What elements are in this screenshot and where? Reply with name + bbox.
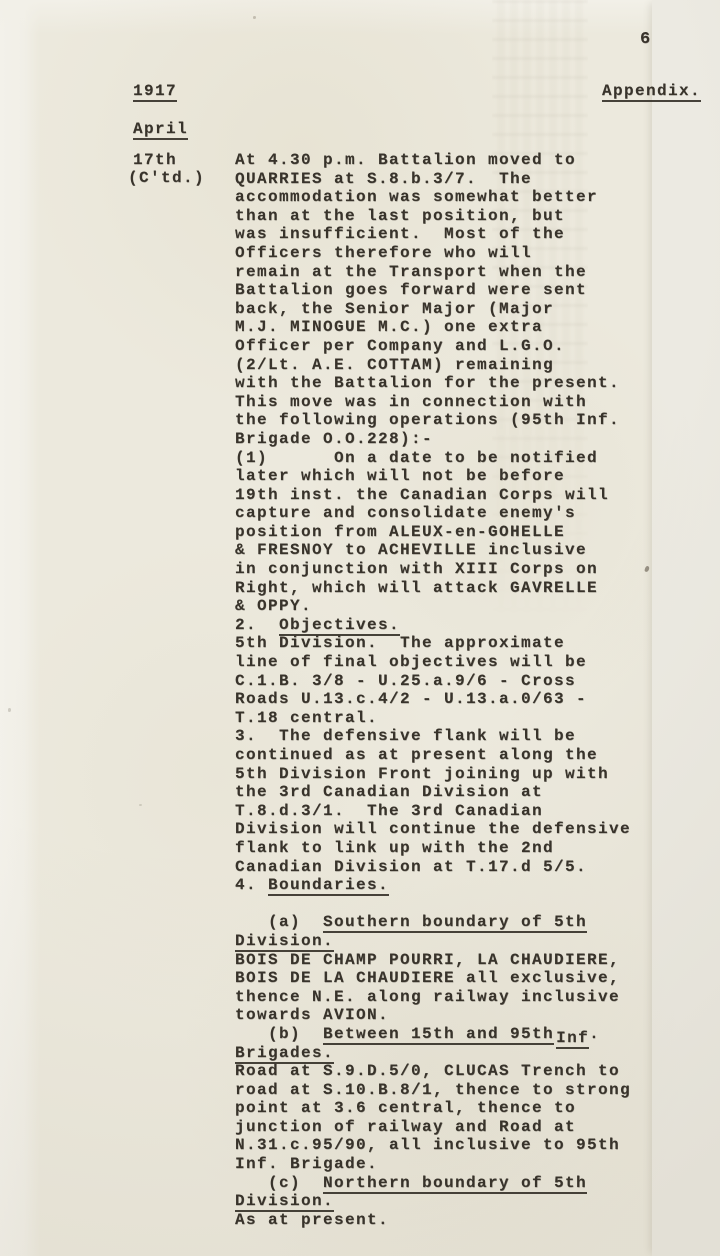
text-segment: with the Battalion for the present. [235, 374, 620, 392]
text-line: flank to link up with the 2nd [235, 839, 631, 858]
text-segment: Roads U.13.c.4/2 - U.13.a.0/63 - [235, 690, 587, 708]
text-segment: QUARRIES at S.8.b.3/7. The [235, 170, 532, 188]
text-line: As at present. [235, 1211, 631, 1230]
text-segment: T.18 central. [235, 709, 378, 727]
text-line: & FRESNOY to ACHEVILLE inclusive [235, 541, 631, 560]
text-line: continued as at present along the [235, 746, 631, 765]
text-segment: (c) [235, 1174, 323, 1192]
text-line [235, 895, 631, 914]
text-line: Brigade O.O.228):- [235, 430, 631, 449]
text-line: At 4.30 p.m. Battalion moved to [235, 151, 631, 170]
text-line: T.18 central. [235, 709, 631, 728]
underlined-text: Boundaries. [268, 876, 389, 896]
text-line: junction of railway and Road at [235, 1118, 631, 1137]
text-segment: continued as at present along the [235, 746, 598, 764]
text-line: (1) On a date to be notified [235, 449, 631, 468]
text-line: (a) Southern boundary of 5th [235, 913, 631, 932]
text-line: Officers therefore who will [235, 244, 631, 263]
text-segment: the 3rd Canadian Division at [235, 783, 543, 801]
text-segment: (a) [235, 913, 323, 931]
text-line: N.31.c.95/90, all inclusive to 95th [235, 1136, 631, 1155]
text-segment: 5th Division. The approximate [235, 634, 565, 652]
text-line: with the Battalion for the present. [235, 374, 631, 393]
text-line: (c) Northern boundary of 5th [235, 1174, 631, 1193]
body-lines: At 4.30 p.m. Battalion moved toQUARRIES … [235, 151, 631, 1229]
diary-margin-date-continued: (C'td.) [128, 169, 205, 188]
text-segment: later which will not be before [235, 467, 565, 485]
scan-page: 6 1917 Appendix. April 17th (C'td.) At 4… [0, 0, 720, 1256]
text-segment: capture and consolidate enemy's [235, 504, 576, 522]
text-segment: was insufficient. Most of the [235, 225, 565, 243]
text-line: position from ALEUX-en-GOHELLE [235, 523, 631, 542]
text-line: Road at S.9.D.5/0, CLUCAS Trench to [235, 1062, 631, 1081]
text-segment: 3. The defensive flank will be [235, 727, 576, 745]
text-line: towards AVION. [235, 1006, 631, 1025]
text-line: (b) Between 15th and 95thInf. [235, 1025, 631, 1044]
text-line: line of final objectives will be [235, 653, 631, 672]
text-segment: M.J. MINOGUE M.C.) one extra [235, 318, 543, 336]
text-segment: (2/Lt. A.E. COTTAM) remaining [235, 356, 554, 374]
underlined-text: Between 15th and 95th [323, 1025, 554, 1045]
text-segment: 4. [235, 876, 268, 894]
ink-speck [139, 804, 142, 806]
text-segment: the following operations (95th Inf. [235, 411, 620, 429]
text-segment: BOIS DE LA CHAUDIERE all exclusive, [235, 969, 620, 987]
text-segment: remain at the Transport when the [235, 263, 587, 281]
text-segment: than at the last position, but [235, 207, 565, 225]
text-segment: position from ALEUX-en-GOHELLE [235, 523, 565, 541]
text-line: This move was in connection with [235, 393, 631, 412]
ink-speck [644, 566, 650, 573]
text-line: BOIS DE CHAMP POURRI, LA CHAUDIERE, [235, 951, 631, 970]
text-line: Officer per Company and L.G.O. [235, 337, 631, 356]
text-segment: & FRESNOY to ACHEVILLE inclusive [235, 541, 587, 559]
text-line: thence N.E. along railway inclusive [235, 988, 631, 1007]
text-segment: . [589, 1025, 600, 1043]
text-line: & OPPY. [235, 597, 631, 616]
text-segment: BOIS DE CHAMP POURRI, LA CHAUDIERE, [235, 951, 620, 969]
text-segment: thence N.E. along railway inclusive [235, 988, 620, 1006]
text-segment: 5th Division Front joining up with [235, 765, 609, 783]
underlined-text: Division. [235, 932, 334, 952]
underlined-text: Division. [235, 1192, 334, 1212]
text-line: 2. Objectives. [235, 616, 631, 635]
text-line: back, the Senior Major (Major [235, 300, 631, 319]
text-line: accommodation was somewhat better [235, 188, 631, 207]
text-line: BOIS DE LA CHAUDIERE all exclusive, [235, 969, 631, 988]
year-heading: 1917 [133, 82, 177, 101]
text-line: remain at the Transport when the [235, 263, 631, 282]
text-line: QUARRIES at S.8.b.3/7. The [235, 170, 631, 189]
text-segment: 2. [235, 616, 279, 634]
text-segment: Road at S.9.D.5/0, CLUCAS Trench to [235, 1062, 620, 1080]
text-line: 5th Division. The approximate [235, 634, 631, 653]
underlined-text: Southern boundary of 5th [323, 913, 587, 933]
text-line: Right, which will attack GAVRELLE [235, 579, 631, 598]
text-line: (2/Lt. A.E. COTTAM) remaining [235, 356, 631, 375]
text-line: Division. [235, 1192, 631, 1211]
scan-right-seam [652, 0, 720, 1256]
text-line: Roads U.13.c.4/2 - U.13.a.0/63 - [235, 690, 631, 709]
text-line: than at the last position, but [235, 207, 631, 226]
text-line: the following operations (95th Inf. [235, 411, 631, 430]
text-line: 5th Division Front joining up with [235, 765, 631, 784]
text-line: Battalion goes forward were sent [235, 281, 631, 300]
text-segment: Officer per Company and L.G.O. [235, 337, 565, 355]
text-segment: Division will continue the defensive [235, 820, 631, 838]
text-line: 19th inst. the Canadian Corps will [235, 486, 631, 505]
text-segment: This move was in connection with [235, 393, 587, 411]
text-line: M.J. MINOGUE M.C.) one extra [235, 318, 631, 337]
text-segment: towards AVION. [235, 1006, 389, 1024]
appendix-text: Appendix. [602, 82, 701, 102]
month-heading: April [133, 120, 188, 139]
underlined-text: Inf [556, 1029, 589, 1049]
scan-top-edge [0, 0, 720, 34]
text-segment: (1) On a date to be notified [235, 449, 598, 467]
text-segment: junction of railway and Road at [235, 1118, 576, 1136]
underlined-text: Northern boundary of 5th [323, 1174, 587, 1194]
text-line: capture and consolidate enemy's [235, 504, 631, 523]
diary-margin-date: 17th [133, 151, 177, 170]
text-segment: Battalion goes forward were sent [235, 281, 587, 299]
text-segment: accommodation was somewhat better [235, 188, 598, 206]
text-line: C.1.B. 3/8 - U.25.a.9/6 - Cross [235, 672, 631, 691]
text-line: 3. The defensive flank will be [235, 727, 631, 746]
text-segment: Inf. Brigade. [235, 1155, 378, 1173]
text-segment: back, the Senior Major (Major [235, 300, 554, 318]
underlined-text: Brigades. [235, 1044, 334, 1064]
text-segment: T.8.d.3/1. The 3rd Canadian [235, 802, 543, 820]
text-segment: Brigade O.O.228):- [235, 430, 433, 448]
text-line: point at 3.6 central, thence to [235, 1099, 631, 1118]
text-segment: road at S.10.B.8/1, thence to strong [235, 1081, 631, 1099]
text-segment: line of final objectives will be [235, 653, 587, 671]
text-segment: 19th inst. the Canadian Corps will [235, 486, 609, 504]
page-number: 6 [640, 31, 652, 50]
year-text: 1917 [133, 82, 177, 102]
scan-left-edge [0, 0, 40, 1256]
text-segment: point at 3.6 central, thence to [235, 1099, 576, 1117]
text-segment: Officers therefore who will [235, 244, 532, 262]
underlined-text: Objectives. [279, 616, 400, 636]
text-line: T.8.d.3/1. The 3rd Canadian [235, 802, 631, 821]
text-segment: N.31.c.95/90, all inclusive to 95th [235, 1136, 620, 1154]
appendix-heading: Appendix. [602, 82, 701, 101]
text-line: Division. [235, 932, 631, 951]
text-segment: C.1.B. 3/8 - U.25.a.9/6 - Cross [235, 672, 576, 690]
text-segment: As at present. [235, 1211, 389, 1229]
text-line: Canadian Division at T.17.d 5/5. [235, 858, 631, 877]
text-segment: & OPPY. [235, 597, 312, 615]
text-line: in conjunction with XIII Corps on [235, 560, 631, 579]
text-line: Division will continue the defensive [235, 820, 631, 839]
text-segment: (b) [235, 1025, 323, 1043]
text-segment: Right, which will attack GAVRELLE [235, 579, 598, 597]
text-segment: in conjunction with XIII Corps on [235, 560, 598, 578]
month-text: April [133, 120, 188, 140]
text-line: 4. Boundaries. [235, 876, 631, 895]
text-segment: At 4.30 p.m. Battalion moved to [235, 151, 576, 169]
text-line: was insufficient. Most of the [235, 225, 631, 244]
text-segment: Canadian Division at T.17.d 5/5. [235, 858, 587, 876]
text-line: the 3rd Canadian Division at [235, 783, 631, 802]
text-segment: flank to link up with the 2nd [235, 839, 554, 857]
text-line: later which will not be before [235, 467, 631, 486]
text-line: Inf. Brigade. [235, 1155, 631, 1174]
text-line: road at S.10.B.8/1, thence to strong [235, 1081, 631, 1100]
